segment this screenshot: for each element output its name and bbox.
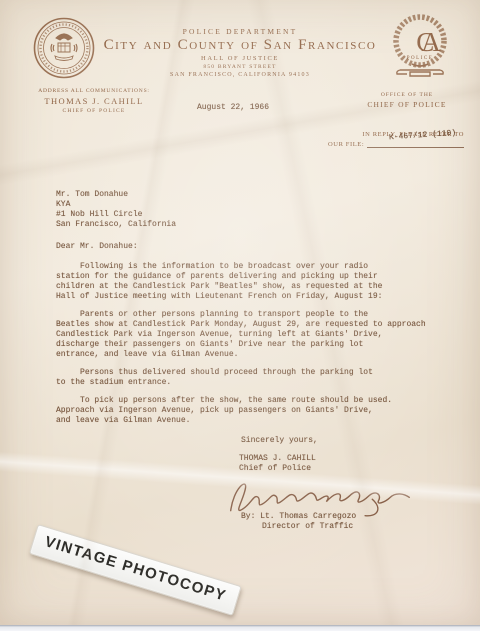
letterhead-hall: HALL OF JUSTICE — [140, 55, 340, 62]
our-file-label: OUR FILE: — [328, 141, 364, 148]
paragraph-4: To pick up persons after the show, the s… — [56, 396, 448, 426]
letter-date: August 22, 1966 — [197, 103, 269, 112]
letter-page: CA POLICE POLICE DEPARTMENT City and Cou… — [0, 0, 480, 631]
file-number-underline — [367, 140, 464, 148]
paragraph-1: Following is the information to be broad… — [56, 262, 448, 302]
paragraph-3: Persons thus delivered should proceed th… — [56, 368, 448, 388]
emblem-monogram: CA — [416, 27, 441, 57]
department-label: POLICE DEPARTMENT — [115, 27, 365, 36]
office-line1: OFFICE OF THE — [342, 92, 472, 98]
emblem-police-label: POLICE — [407, 56, 434, 61]
paragraph-2: Parents or other persons planning to tra… — [56, 310, 448, 360]
recipient-address: Mr. Tom Donahue KYA #1 Nob Hill Circle S… — [56, 190, 448, 230]
scan-edge — [0, 625, 480, 631]
sticker-label: VINTAGE PHOTOCOPY — [43, 533, 229, 605]
vintage-photocopy-sticker: VINTAGE PHOTOCOPY — [29, 524, 242, 616]
office-line2: CHIEF OF POLICE — [342, 100, 472, 109]
letterhead-street: 850 BRYANT STREET — [140, 64, 340, 70]
handwritten-signature — [223, 461, 418, 529]
letterhead-title: City and County of San Francisco — [75, 37, 405, 54]
chief-title: CHIEF OF POLICE — [14, 108, 174, 114]
salutation: Dear Mr. Donahue: — [56, 242, 448, 252]
chief-name: THOMAS J. CAHILL — [14, 96, 174, 106]
office-block: OFFICE OF THE CHIEF OF POLICE — [342, 92, 472, 109]
letterhead-city-state-zip: SAN FRANCISCO, CALIFORNIA 94103 — [140, 72, 340, 78]
communications-block: ADDRESS ALL COMMUNICATIONS: THOMAS J. CA… — [14, 88, 174, 114]
closing-sincerely: Sincerely yours, — [241, 436, 448, 446]
communications-note: ADDRESS ALL COMMUNICATIONS: — [14, 88, 174, 94]
closing-sender-name: THOMAS J. CAHILL — [239, 454, 448, 464]
